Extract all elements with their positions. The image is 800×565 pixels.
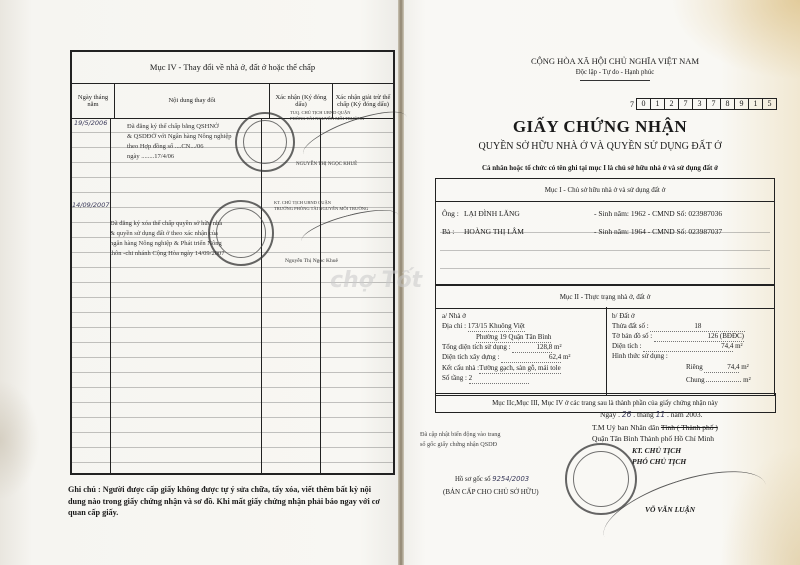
owner-name: LẠI ĐÌNH LĂNG [464,209,594,218]
owner-note: Cá nhân hoặc tổ chức có tên ghi tại mục … [430,164,770,172]
section-ii-title: Mục II - Thực trạng nhà ở, đất ở [436,285,774,309]
label: Ngày . [600,410,620,419]
kt-line: KT. CHỦ TỊCH [632,446,681,455]
label: Diện tích : [612,342,642,350]
value: 173/15 Khuông Việt [468,321,525,332]
month: 11 [656,410,666,419]
unit: m² [743,376,751,384]
update-line: Đã cập nhật biến động vào trang [420,430,500,440]
built-area-row: Diện tích xây dựng : 62,4 m² [442,352,571,363]
label: Kết cấu nhà : [442,364,479,372]
serial-number: 7 0 1 2 7 3 7 8 9 1 5 [630,98,777,110]
column-divider [110,118,111,473]
republic-heading: CỘNG HÒA XÃ HỘI CHỦ NGHĨA VIỆT NAM [500,56,730,66]
col-content: Nội dung thay đổi [115,84,270,118]
value: 62,4 [501,352,561,363]
serial-digit: 1 [650,98,665,110]
authority-line: T.M Uỷ ban Nhân dân Tỉnh ( Thành phố ) [592,423,718,432]
certificate-title: GIẤY CHỨNG NHẬN [430,117,770,137]
serial-digit: 5 [762,98,777,110]
shared-row: Chung m² [686,372,751,385]
district-line: Quận Tân Bình Thành phố Hồ Chí Minh [592,434,714,443]
entry-2-confirm-header: KT. CHỦ TỊCH UBND QUẬN TRƯỞNG PHÒNG TÀI … [274,200,368,212]
dotted-rules [72,118,393,473]
note-text: Ghi chú : Người được cấp giấy không được… [68,484,388,519]
owner-details: - Sinh năm: 1964 - CMND Số: 023987037 [594,227,722,236]
section-i-box: Mục I - Chủ sở hữu nhà ở và sử dụng đất … [435,178,775,285]
value: 2 [469,373,529,384]
section-i-title: Mục I - Chủ sở hữu nhà ở và sử dụng đất … [436,179,774,202]
usage-label: Hình thức sử dụng : [612,351,668,361]
unit: m² [741,363,749,371]
official-stamp [208,200,274,266]
serial-digit: 0 [636,98,651,110]
certificate-subtitle: QUYỀN SỞ HỮU NHÀ Ở VÀ QUYỀN SỬ DỤNG ĐẤT … [430,141,770,152]
column-divider [606,307,607,395]
file-number: Hồ sơ gốc số 9254/2003 [455,475,529,483]
owner-details: - Sinh năm: 1962 - CMND Số: 023987036 [594,209,722,218]
owner-name: HOÀNG THỊ LÂM [464,227,594,236]
house-heading: a/ Nhà ở [442,311,466,321]
label: Số tầng : [442,374,467,382]
label: Thửa đất số : [612,322,649,330]
dotted-rules [440,215,770,284]
floors-row: Số tầng : 2 [442,373,529,384]
serial-digit: 3 [692,98,707,110]
column-divider [320,118,321,473]
value: 9254/2003 [492,475,529,483]
update-line: sổ gốc giấy chứng nhận QSDĐ [420,440,500,450]
label: Tổng diện tích sử dụng : [442,343,511,351]
label: . năm [667,410,684,419]
unit: m² [735,342,743,350]
col-date: Ngày tháng năm [72,84,115,118]
serial-digit: 8 [720,98,735,110]
day: 26 [622,410,632,419]
signer-name: VÕ VĂN LUẬN [645,505,695,514]
label: Riêng [686,363,703,371]
serial-prefix: 7 [630,100,634,109]
update-note: Đã cập nhật biến động vào trang sổ gốc g… [420,430,500,450]
label: Hồ sơ gốc số [455,476,491,483]
owner-label: Ông : [442,209,464,218]
paper-stain [670,0,800,80]
label: . tháng [633,410,653,419]
label: Chung [686,376,705,384]
confirm-line: TRƯỞNG PHÒNG TÀI NGUYÊN MÔI TRƯỜNG [274,206,368,212]
section-iv-title: Mục IV - Thay đổi về nhà ở, đất ở hoặc t… [72,52,393,84]
label: Địa chỉ : [442,322,466,330]
label: T.M Uỷ ban Nhân dân [592,423,659,432]
serial-digit: 2 [664,98,679,110]
label: Tờ bản đồ số : [612,332,652,340]
land-heading: b/ Đất ở [612,311,635,321]
serial-digit: 7 [706,98,721,110]
copy-note: (BẢN CẤP CHO CHỦ SỞ HỮU) [443,488,539,496]
entry-1-date: 19/5/2006 [74,118,107,128]
role-line: PHÓ CHỦ TỊCH [632,457,686,466]
serial-digit: 7 [678,98,693,110]
address-row: Địa chỉ : 173/15 Khuông Việt [442,321,525,332]
entry-2-date: 14/09/2007 [72,200,109,210]
label: Diện tích xây dựng : [442,353,499,361]
serial-digit: 1 [748,98,763,110]
divider [580,80,650,81]
section-ii-box: Mục II - Thực trạng nhà ở, đất ở a/ Nhà … [435,285,775,396]
issue-date: Ngày . 26 . tháng 11 . năm 2003. [600,410,702,419]
motto: Độc lập - Tự do - Hạnh phúc [500,69,730,76]
owner-label: Bà : [442,227,464,236]
struck-text: Tỉnh ( Thành phố ) [661,423,718,432]
unit: m² [554,343,562,351]
paper-stain [0,380,40,500]
year: 2003. [686,410,703,419]
owner-row: Ông : LẠI ĐÌNH LĂNG - Sinh năm: 1962 - C… [442,209,722,218]
serial-digit: 9 [734,98,749,110]
owner-row: Bà : HOÀNG THỊ LÂM - Sinh năm: 1964 - CM… [442,227,722,236]
entry-2-signer: Nguyễn Thị Ngọc Khuê [285,256,338,266]
watermark: chợ Tốt [330,268,422,293]
official-stamp [235,112,295,172]
value [706,372,741,382]
entry-1-signer: NGUYỄN THỊ NGỌC KHUÊ [296,160,357,170]
unit: m² [563,353,571,361]
